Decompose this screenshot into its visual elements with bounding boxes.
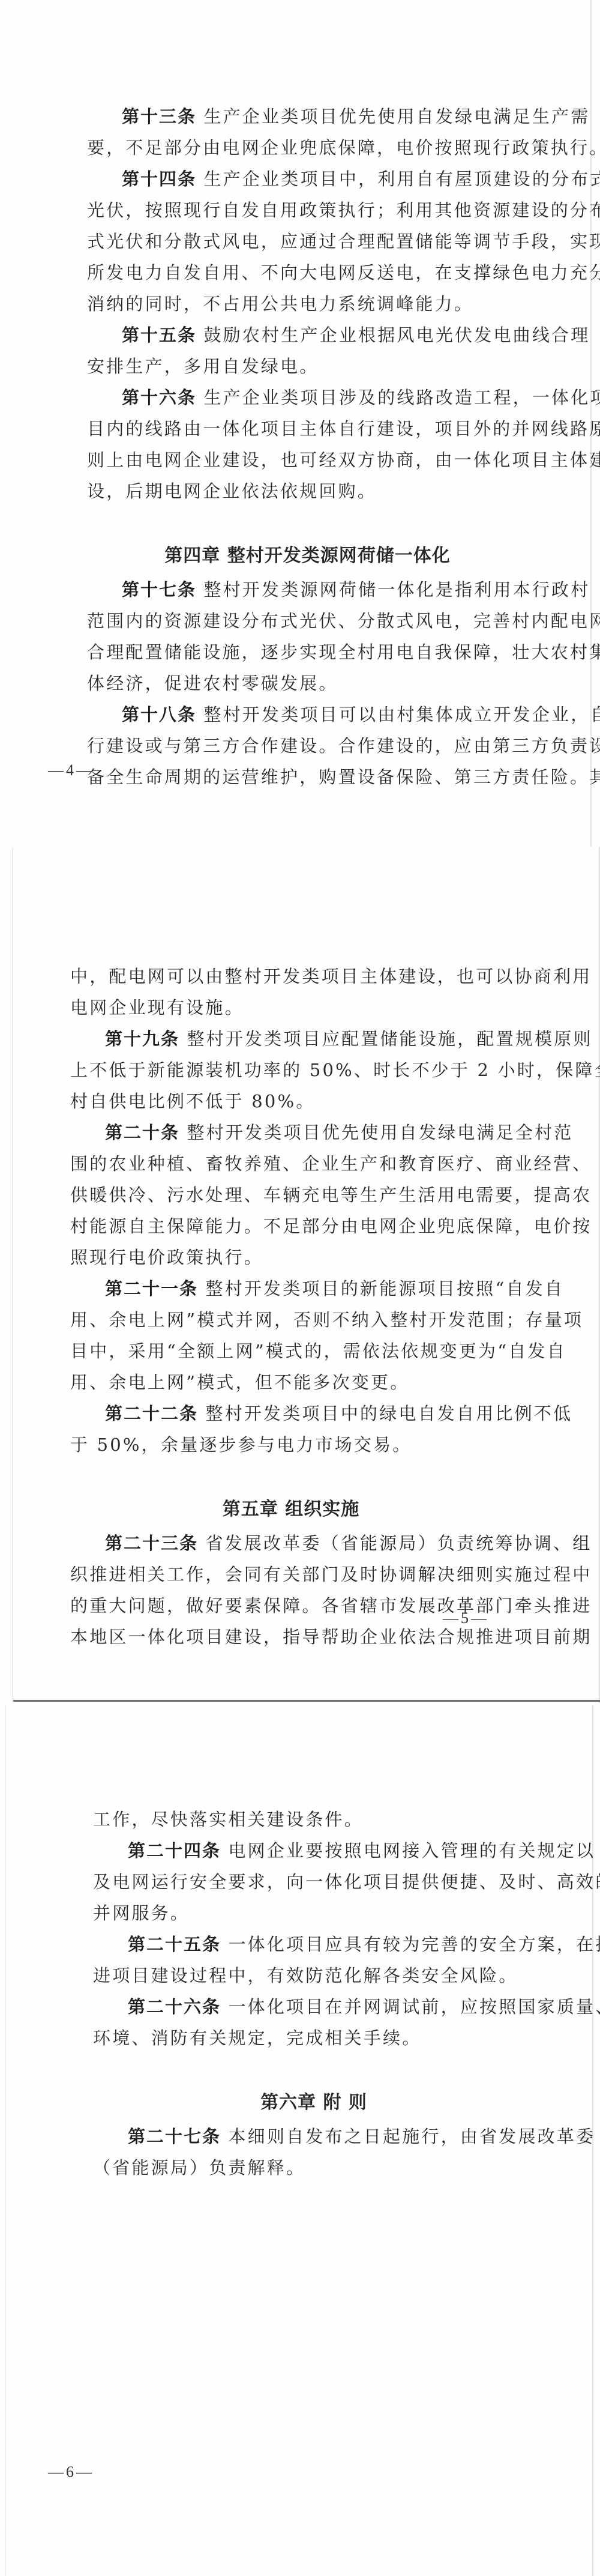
article-16-line: 第十六条 生产企业类项目涉及的线路改造工程，一体化项 — [87, 382, 528, 413]
text-line: 范围内的资源建设分布式光伏、分散式风电，完善村内配电网， — [87, 605, 528, 636]
document-page-4: 第十三条 生产企业类项目优先使用自发绿电满足生产需 要，不足部分由电网企业兜底保… — [0, 0, 600, 847]
article-23-line: 第二十三条 省发展改革委（省能源局）负责统筹协调、组 — [70, 1528, 512, 1559]
text-line: （省能源局）负责解释。 — [93, 2152, 535, 2183]
text-line: 体经济，促进农村零碳发展。 — [87, 668, 528, 699]
article-21-line: 第二十一条 整村开发类项目的新能源项目按照“自发自 — [70, 1273, 512, 1304]
text-line: 所发电力自发自用、不向大电网反送电，在支撑绿色电力充分 — [87, 257, 528, 288]
text-line: 设，后期电网企业依法依规回购。 — [87, 476, 528, 507]
text-line: 安排生产，多用自发绿电。 — [87, 351, 528, 382]
text-line: 并网服务。 — [93, 1897, 535, 1929]
text-line: 供暖供冷、污水处理、车辆充电等生产生活用电需要，提高农 — [70, 1179, 512, 1211]
text-line: 村自供电比例不低于 80%。 — [70, 1086, 512, 1117]
text-line: 目内的线路由一体化项目主体自行建设，项目外的并网线路原 — [87, 413, 528, 444]
text-line: 围的农业种植、畜牧养殖、企业生产和教育医疗、商业经营、 — [70, 1148, 512, 1179]
page-body: 工作，尽快落实相关建设条件。 第二十四条 电网企业要按照电网接入管理的有关规定以… — [93, 1804, 535, 2183]
text-line: 要，不足部分由电网企业兜底保障，电价按照现行政策执行。 — [87, 132, 528, 163]
chapter-heading: 第四章 整村开发类源网荷储一体化 — [87, 538, 528, 574]
text-line: 于 50%，余量逐步参与电力市场交易。 — [70, 1429, 512, 1460]
text-line: 用、余电上网”模式并网，否则不纳入整村开发范围；存量项 — [70, 1304, 512, 1335]
article-18-line: 第十八条 整村开发类项目可以由村集体成立开发企业，自 — [87, 699, 528, 730]
page-divider — [13, 1700, 600, 1702]
article-17-line: 第十七条 整村开发类源网荷储一体化是指利用本行政村 — [87, 574, 528, 605]
article-14-line: 第十四条 生产企业类项目中，利用自有屋顶建设的分布式 — [87, 163, 528, 195]
text-line: 村能源自主保障能力。不足部分由电网企业兜底保障，电价按 — [70, 1211, 512, 1242]
text-line: 式光伏和分散式风电，应通过合理配置储能等调节手段，实现 — [87, 226, 528, 257]
text-line: 合理配置储能设施，逐步实现全村用电自我保障，壮大农村集 — [87, 636, 528, 668]
document-page-6: 工作，尽快落实相关建设条件。 第二十四条 电网企业要按照电网接入管理的有关规定以… — [0, 1705, 600, 2576]
article-20-line: 第二十条 整村开发类项目优先使用自发绿电满足全村范 — [70, 1117, 512, 1148]
page-edge — [12, 847, 13, 1703]
article-19-line: 第十九条 整村开发类项目应配置储能设施，配置规模原则 — [70, 1023, 512, 1054]
article-13-line: 第十三条 生产企业类项目优先使用自发绿电满足生产需 — [87, 101, 528, 132]
text-line: 行建设或与第三方合作建设。合作建设的，应由第三方负责设 — [87, 730, 528, 761]
text-line: 目中，采用“全额上网”模式的，需依法依规变更为“自发自 — [70, 1335, 512, 1367]
article-27-line: 第二十七条 本细则自发布之日起施行，由省发展改革委 — [93, 2121, 535, 2152]
article-25-line: 第二十五条 一体化项目应具有较为完善的安全方案，在推 — [93, 1929, 535, 1960]
article-24-line: 第二十四条 电网企业要按照电网接入管理的有关规定以 — [93, 1835, 535, 1866]
chapter-heading: 第五章 组织实施 — [70, 1492, 512, 1528]
page-number: —5— — [443, 1609, 489, 1627]
text-line: 中，配电网可以由整村开发类项目主体建设，也可以协商利用 — [70, 961, 512, 992]
text-line: 进项目建设过程中，有效防范化解各类安全风险。 — [93, 1960, 535, 1991]
text-line: 及电网运行安全要求，向一体化项目提供便捷、及时、高效的 — [93, 1866, 535, 1897]
text-line: 电网企业现有设施。 — [70, 992, 512, 1023]
text-line: 消纳的同时，不占用公共电力系统调峰能力。 — [87, 288, 528, 319]
text-line: 环境、消防有关规定，完成相关手续。 — [93, 2022, 535, 2054]
page-number: —4— — [48, 761, 94, 779]
page-edge — [5, 1705, 6, 2576]
text-line: 用、余电上网”模式，但不能多次变更。 — [70, 1367, 512, 1398]
text-line: 则上由电网企业建设，也可经双方协商，由一体化项目主体建 — [87, 444, 528, 476]
chapter-heading: 第六章 附 则 — [93, 2085, 535, 2121]
page-number: —6— — [48, 2463, 94, 2481]
page-body: 第十三条 生产企业类项目优先使用自发绿电满足生产需 要，不足部分由电网企业兜底保… — [87, 101, 528, 793]
document-page-5: 中，配电网可以由整村开发类项目主体建设，也可以协商利用 电网企业现有设施。 第十… — [0, 847, 600, 1703]
page-body: 中，配电网可以由整村开发类项目主体建设，也可以协商利用 电网企业现有设施。 第十… — [70, 961, 512, 1652]
text-line: 照现行电价政策执行。 — [70, 1242, 512, 1273]
article-22-line: 第二十二条 整村开发类项目中的绿电自发自用比例不低 — [70, 1398, 512, 1429]
article-15-line: 第十五条 鼓励农村生产企业根据风电光伏发电曲线合理 — [87, 319, 528, 351]
article-26-line: 第二十六条 一体化项目在并网调试前，应按照国家质量、 — [93, 1991, 535, 2022]
text-line: 工作，尽快落实相关建设条件。 — [93, 1804, 535, 1835]
text-line: 上不低于新能源装机功率的 50%、时长不少于 2 小时，保障全 — [70, 1054, 512, 1086]
text-line: 备全生命周期的运营维护，购置设备保险、第三方责任险。其 — [87, 761, 528, 793]
text-line: 光伏，按照现行自发自用政策执行；利用其他资源建设的分布 — [87, 195, 528, 226]
text-line: 织推进相关工作，会同有关部门及时协调解决细则实施过程中 — [70, 1559, 512, 1590]
